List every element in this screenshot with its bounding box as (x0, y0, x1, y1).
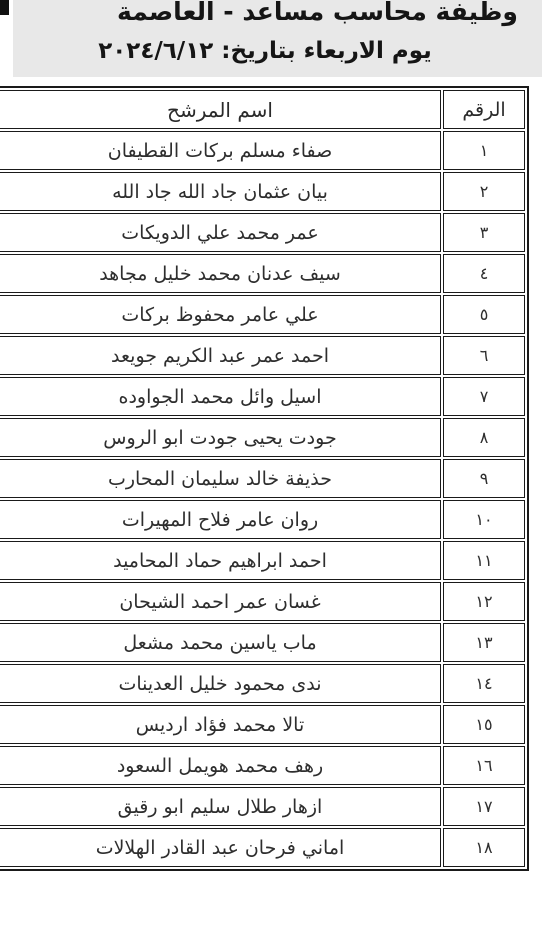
candidate-number-cell: ٦ (443, 336, 525, 375)
candidate-number-cell: ١٧ (443, 787, 525, 826)
candidate-name-cell: ندى محمود خليل العدينات (0, 664, 441, 703)
table-row: ٣ عمر محمد علي الدويكات (0, 213, 525, 252)
date-line: يوم الاربعاء بتاريخ: ٢٠٢٤/٦/١٢ (13, 31, 542, 71)
candidate-rows: ١ صفاء مسلم بركات القطيفان ٢ بيان عثمان … (0, 131, 525, 867)
page-corner-artifact (0, 0, 9, 15)
candidate-name-cell: رهف محمد هويمل السعود (0, 746, 441, 785)
candidate-name-cell: عمر محمد علي الدويكات (0, 213, 441, 252)
candidate-name-cell: حذيفة خالد سليمان المحارب (0, 459, 441, 498)
candidate-number-cell: ١٨ (443, 828, 525, 867)
candidate-number-cell: ١٦ (443, 746, 525, 785)
candidate-number-cell: ١٢ (443, 582, 525, 621)
table-row: ٩ حذيفة خالد سليمان المحارب (0, 459, 525, 498)
candidate-number-cell: ١٠ (443, 500, 525, 539)
candidate-name-cell: روان عامر فلاح المهيرات (0, 500, 441, 539)
table-row: ٦ احمد عمر عبد الكريم جويعد (0, 336, 525, 375)
table-row: ١١ احمد ابراهيم حماد المحاميد (0, 541, 525, 580)
candidate-number-cell: ١٤ (443, 664, 525, 703)
table-row: ١٧ ازهار طلال سليم ابو رقيق (0, 787, 525, 826)
candidate-name-cell: ازهار طلال سليم ابو رقيق (0, 787, 441, 826)
table-row: ١٠ روان عامر فلاح المهيرات (0, 500, 525, 539)
candidate-name-cell: تالا محمد فؤاد ارديس (0, 705, 441, 744)
table-row: ١٣ ماب ياسين محمد مشعل (0, 623, 525, 662)
table-row: ٥ علي عامر محفوظ بركات (0, 295, 525, 334)
candidate-number-cell: ١ (443, 131, 525, 170)
candidate-name-cell: ماب ياسين محمد مشعل (0, 623, 441, 662)
candidates-table: الرقم اسم المرشح ١ صفاء مسلم بركات القطي… (0, 86, 529, 871)
candidate-name-cell: صفاء مسلم بركات القطيفان (0, 131, 441, 170)
table-row: ١ صفاء مسلم بركات القطيفان (0, 131, 525, 170)
candidate-name-cell: احمد عمر عبد الكريم جويعد (0, 336, 441, 375)
candidate-name-cell: علي عامر محفوظ بركات (0, 295, 441, 334)
table-row: ٨ جودت يحيى جودت ابو الروس (0, 418, 525, 457)
candidate-number-cell: ١٣ (443, 623, 525, 662)
candidate-name-cell: سيف عدنان محمد خليل مجاهد (0, 254, 441, 293)
table-row: ٢ بيان عثمان جاد الله جاد الله (0, 172, 525, 211)
name-column-header: اسم المرشح (0, 90, 441, 129)
table-row: ٧ اسيل وائل محمد الجواوده (0, 377, 525, 416)
table-row: ١٨ اماني فرحان عبد القادر الهلالات (0, 828, 525, 867)
candidate-number-cell: ١١ (443, 541, 525, 580)
candidate-name-cell: اماني فرحان عبد القادر الهلالات (0, 828, 441, 867)
candidate-name-cell: غسان عمر احمد الشيحان (0, 582, 441, 621)
candidate-number-cell: ٣ (443, 213, 525, 252)
candidate-name-cell: احمد ابراهيم حماد المحاميد (0, 541, 441, 580)
candidate-name-cell: بيان عثمان جاد الله جاد الله (0, 172, 441, 211)
candidate-name-cell: اسيل وائل محمد الجواوده (0, 377, 441, 416)
header-banner: وظيفة محاسب مساعد - العاصمة يوم الاربعاء… (13, 0, 542, 77)
table-row: ١٥ تالا محمد فؤاد ارديس (0, 705, 525, 744)
table-row: ١٢ غسان عمر احمد الشيحان (0, 582, 525, 621)
table-row: ١٤ ندى محمود خليل العدينات (0, 664, 525, 703)
candidate-number-cell: ٢ (443, 172, 525, 211)
candidate-number-cell: ٧ (443, 377, 525, 416)
candidate-number-cell: ٥ (443, 295, 525, 334)
candidate-number-cell: ٤ (443, 254, 525, 293)
table-row: ١٦ رهف محمد هويمل السعود (0, 746, 525, 785)
candidate-number-cell: ٩ (443, 459, 525, 498)
candidate-name-cell: جودت يحيى جودت ابو الروس (0, 418, 441, 457)
candidates-table-header: الرقم اسم المرشح (0, 90, 525, 129)
table-row: ٤ سيف عدنان محمد خليل مجاهد (0, 254, 525, 293)
document-page: وظيفة محاسب مساعد - العاصمة يوم الاربعاء… (0, 0, 542, 929)
number-column-header: الرقم (443, 90, 525, 129)
job-title: وظيفة محاسب مساعد - العاصمة (13, 0, 542, 31)
header-row: الرقم اسم المرشح (0, 90, 525, 129)
candidate-number-cell: ٨ (443, 418, 525, 457)
candidate-number-cell: ١٥ (443, 705, 525, 744)
